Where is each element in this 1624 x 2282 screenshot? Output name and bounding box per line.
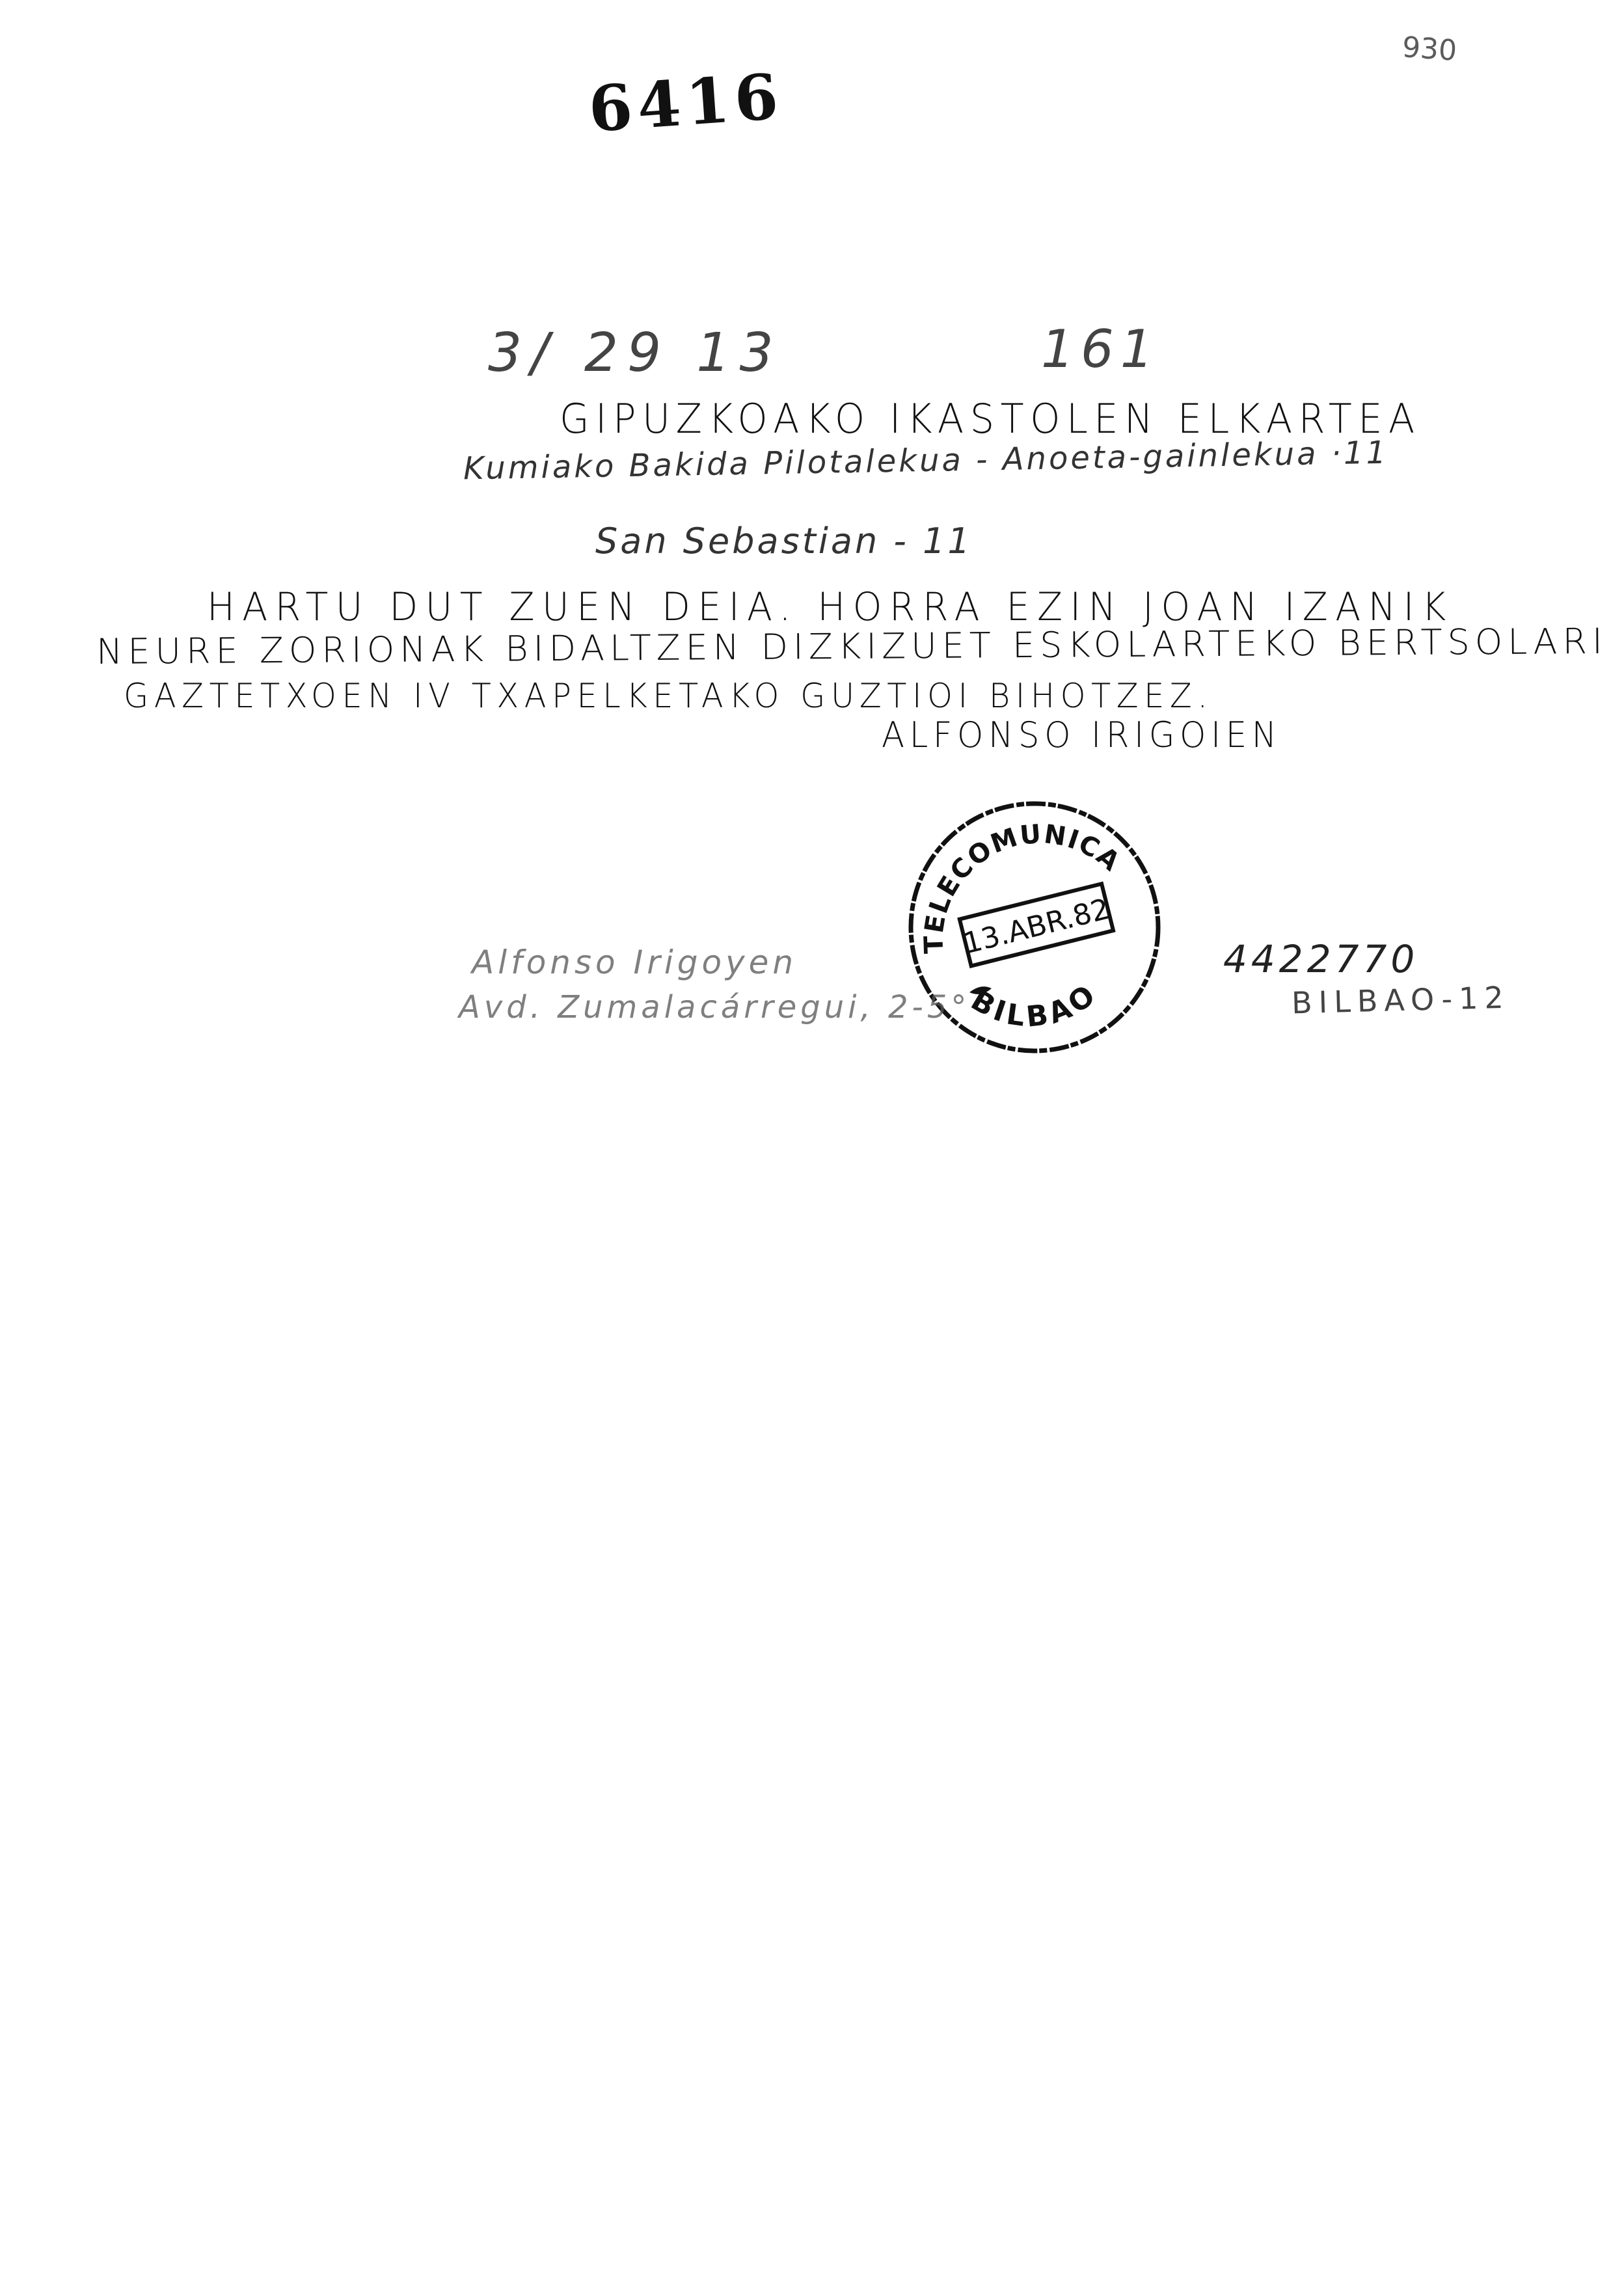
svg-text:BILBAO: BILBAO	[966, 977, 1105, 1034]
recipient-name: GIPUZKOAKO IKASTOLEN ELKARTEA	[560, 395, 1421, 442]
reference-code: 3/ 29 13	[488, 322, 783, 384]
signature: ALFONSO IRIGOIEN	[882, 714, 1282, 755]
page-mark: 930	[1401, 31, 1457, 68]
postmark-bottom-text: BILBAO	[966, 977, 1105, 1034]
sender-name: Alfonso Irigoyen	[472, 944, 797, 981]
archive-number-stamp: 6416	[586, 59, 785, 146]
sender-address: Avd. Zumalacárregui, 2-5°	[459, 989, 970, 1026]
recipient-city: San Sebastian - 11	[595, 521, 973, 562]
word-count: 161	[1041, 319, 1160, 379]
sender-phone: 4422770	[1223, 937, 1418, 981]
message-line-3: GAZTETXOEN IV TXAPELKETAKO GUZTIOI BIHOT…	[124, 677, 1213, 716]
sender-city: BILBAO-12	[1291, 980, 1510, 1021]
